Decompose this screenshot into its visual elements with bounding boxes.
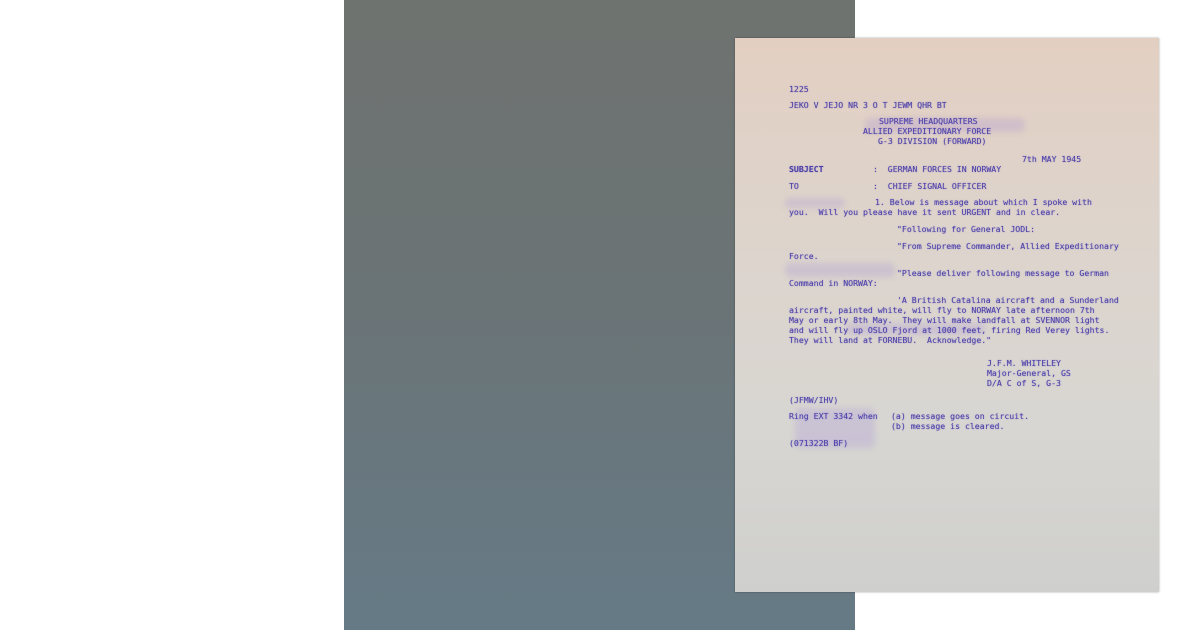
message-line-4: and will fly up OSLO Fjord at 1000 feet,… bbox=[789, 325, 1109, 335]
routing-line: JEKO V JEJO NR 3 O T JEWM QHR BT bbox=[789, 100, 947, 110]
date-time-group: (071322B BF) bbox=[789, 438, 848, 448]
ring-instruction: Ring EXT 3342 when bbox=[789, 411, 878, 421]
heading-line-2: ALLIED EXPEDITIONARY FORCE bbox=[863, 126, 991, 136]
message-line-3: May or early 8th May. They will make lan… bbox=[789, 315, 1100, 325]
message-line-5: They will land at FORNEBU. Acknowledge." bbox=[789, 335, 991, 345]
signature-name: J.F.M. WHITELEY bbox=[987, 358, 1061, 368]
heading-line-1: SUPREME HEADQUARTERS bbox=[879, 116, 978, 126]
ring-option-b: (b) message is cleared. bbox=[891, 421, 1004, 431]
initials: (JFMW/IHV) bbox=[789, 395, 838, 405]
from-line-1: "From Supreme Commander, Allied Expediti… bbox=[897, 241, 1119, 251]
deliver-line-1: "Please deliver following message to Ger… bbox=[897, 268, 1109, 278]
heading-line-3: G-3 DIVISION (FORWARD) bbox=[878, 136, 986, 146]
reference-number: 1225 bbox=[789, 84, 809, 94]
paragraph-1-line-2: you. Will you please have it sent URGENT… bbox=[789, 207, 1060, 217]
signature-rank: Major-General, GS bbox=[987, 368, 1071, 378]
message-line-1: 'A British Catalina aircraft and a Sunde… bbox=[897, 295, 1119, 305]
subject-label: SUBJECT bbox=[789, 164, 824, 174]
ring-option-a: (a) message goes on circuit. bbox=[891, 411, 1029, 421]
paragraph-1-line-1: 1. Below is message about which I spoke … bbox=[875, 197, 1092, 207]
from-line-2: Force. bbox=[789, 251, 819, 261]
signature-title: D/A C of S, G-3 bbox=[987, 378, 1061, 388]
message-line-2: aircraft, painted white, will fly to NOR… bbox=[789, 305, 1095, 315]
typewritten-document: 1225 JEKO V JEJO NR 3 O T JEWM QHR BT SU… bbox=[735, 38, 1159, 592]
subject-value: : GERMAN FORCES IN NORWAY bbox=[873, 164, 1001, 174]
to-label: TO bbox=[789, 181, 799, 191]
photo-background: 1225 JEKO V JEJO NR 3 O T JEWM QHR BT SU… bbox=[344, 0, 855, 630]
following-line: "Following for General JODL: bbox=[897, 224, 1035, 234]
date: 7th MAY 1945 bbox=[1022, 154, 1081, 164]
deliver-line-2: Command in NORWAY: bbox=[789, 278, 878, 288]
to-value: : CHIEF SIGNAL OFFICER bbox=[873, 181, 986, 191]
